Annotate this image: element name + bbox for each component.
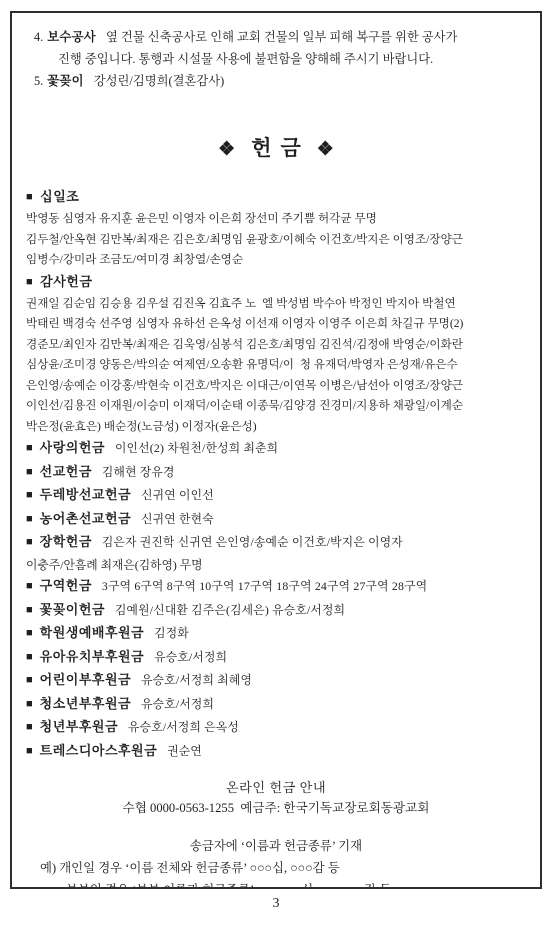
name-list-line: 은인영/송예순 이강홍/박현숙 이건호/박지은 이대근/이연목 이병은/남선아 … [26,376,526,397]
page-number: 3 [0,896,552,912]
section-kindergarten-support: ■유아유치부후원금유승호/서정희 [26,646,526,670]
section-label: 십일조 [40,189,79,204]
name-list-line: 경준모/최인자 김만복/최재은 김욱영/심봉석 김은호/최명임 김진석/김정애 … [26,335,526,356]
square-bullet-icon: ■ [26,745,33,757]
diamond-ornament-icon: ❖ [218,139,235,160]
section-names: 유승호/서정희 [154,650,227,664]
section-label: 청년부후원금 [40,719,118,734]
square-bullet-icon: ■ [26,536,33,548]
notice-item-4-continuation: 진행 중입니다. 통행과 시설물 사용에 불편함을 양해해 주시기 바랍니다. [26,48,526,70]
notice-item-5: 5.꽃꽂이강성린/김명희(결혼감사) [26,70,526,92]
section-label: 학원생예배후원금 [40,625,144,640]
section-label: 두레방선교헌금 [40,487,131,502]
square-bullet-icon: ■ [26,627,33,639]
section-rural-mission-offering: ■농어촌선교헌금신귀연 한현숙 [26,508,526,532]
notice-title: 꽃꽂이 [47,74,84,88]
remittance-example-individual: 예) 개인일 경우 ‘이름 전체와 헌금종류’ ○○○십, ○○○감 등 [26,857,526,879]
section-love-offering: ■사랑의헌금이인선(2) 차원천/한성희 최춘희 [26,437,526,461]
notice-number: 5. [34,74,43,88]
section-names: 3구역 6구역 8구역 10구역 17구역 18구역 24구역 27구역 28구… [102,579,427,593]
section-names: 권순연 [167,744,202,758]
name-list-line: 박은정(윤효은) 배순정(노금성) 이정자(윤은성) [26,417,526,438]
section-label: 유아유치부후원금 [40,649,144,664]
section-names: 유승호/서정희 최혜영 [141,673,252,687]
square-bullet-icon: ■ [26,674,33,686]
name-list-line: 김두철/안옥현 김만복/최재은 김은호/최명임 윤광호/이혜숙 이건호/박지은 … [26,230,526,251]
remittance-example-couple: 부부일 경우 ‘부부 이름과 헌금종류’ ○○○○○○십, ○○○○○○감 등 [26,879,526,889]
section-student-worship-support: ■학원생예배후원금김정화 [26,622,526,646]
square-bullet-icon: ■ [26,276,33,288]
name-list-line: 심상윤/조미경 양동은/박의순 여제연/오송환 유명덕/이 청 유재덕/박영자 … [26,355,526,376]
section-youth-support: ■청소년부후원금유승호/서정희 [26,693,526,717]
section-label: 감사헌금 [40,274,92,289]
section-names: 신귀연 이인선 [141,488,214,502]
notice-text: 옆 건물 신축공사로 인해 교회 건물의 일부 피해 복구를 위한 공사가 [106,30,457,44]
remittance-note: 송금자에 ‘이름과 헌금종류’ 기재 예) 개인일 경우 ‘이름 전체와 헌금종… [26,835,526,889]
section-names: 신귀연 한현숙 [141,512,214,526]
notice-item-4: 4.보수공사옆 건물 신축공사로 인해 교회 건물의 일부 피해 복구를 위한 … [26,26,526,48]
section-names: 김은자 권진학 신귀연 은인영/송예순 이건호/박지은 이영자 [102,535,403,549]
notice-title: 보수공사 [47,30,96,44]
section-young-adult-support: ■청년부후원금유승호/서정희 은옥성 [26,716,526,740]
name-list-line: 박태린 백경숙 선주영 심영자 유하선 은옥성 이선재 이영자 이영주 이은희 … [26,314,526,335]
diamond-ornament-icon: ❖ [317,139,334,160]
section-district-offering: ■구역헌금3구역 6구역 8구역 10구역 17구역 18구역 24구역 27구… [26,575,526,599]
section-label: 장학헌금 [40,534,92,549]
square-bullet-icon: ■ [26,442,33,454]
remittance-note-title: 송금자에 ‘이름과 헌금종류’ 기재 [26,835,526,857]
section-scholarship-continuation: 이충주/안흠례 최재은(김하영) 무명 [26,555,526,576]
name-list-line: 박영동 심영자 유지훈 윤은민 이영자 이은희 장선미 주기쁨 허각균 무명 [26,209,526,230]
name-list-line: 이인선/김용진 이재원/이승미 이재덕/이순태 이종묵/김양경 진경미/지용하 … [26,396,526,417]
square-bullet-icon: ■ [26,191,33,203]
section-children-support: ■어린이부후원금유승호/서정희 최혜영 [26,669,526,693]
page-title: 헌금 [251,137,310,160]
section-label: 트레스디아스후원금 [40,743,158,758]
notice-text: 강성린/김명희(결혼감사) [94,74,224,88]
square-bullet-icon: ■ [26,513,33,525]
bulletin-page: 4.보수공사옆 건물 신축공사로 인해 교회 건물의 일부 피해 복구를 위한 … [0,0,552,928]
section-label: 꽃꽂이헌금 [40,602,105,617]
section-label: 농어촌선교헌금 [40,511,131,526]
section-label: 어린이부후원금 [40,672,131,687]
section-tres-dias-support: ■트레스디아스후원금권순연 [26,740,526,764]
section-names: 김정화 [154,626,189,640]
section-names: 유승호/서정희 [141,697,214,711]
name-list-line: 권재일 김순임 김승용 김우설 김진옥 김효주 노 엘 박성범 박수아 박정인 … [26,294,526,315]
section-mission-offering: ■선교헌금김해현 장유경 [26,461,526,485]
section-scholarship-offering: ■장학헌금김은자 권진학 신귀연 은인영/송예순 이건호/박지은 이영자 [26,531,526,555]
offering-title: ❖헌금❖ [26,132,526,162]
bank-account-line: 수협 0000-0563-1255 예금주: 한국기독교장로회동광교회 [26,798,526,819]
square-bullet-icon: ■ [26,651,33,663]
section-label: 선교헌금 [40,464,92,479]
square-bullet-icon: ■ [26,489,33,501]
section-names: 유승호/서정희 은옥성 [128,720,239,734]
section-names: 이인선(2) 차원천/한성희 최춘희 [115,441,278,455]
square-bullet-icon: ■ [26,466,33,478]
section-names: 김예원/신대환 김주은(김세은) 유승호/서정희 [115,603,345,617]
section-names: 김해현 장유경 [102,465,175,479]
online-giving-info: 온라인 헌금 안내 수협 0000-0563-1255 예금주: 한국기독교장로… [26,777,526,819]
name-list-line: 임병수/강미라 조금도/여미경 최창열/손영순 [26,250,526,271]
section-label: 청소년부후원금 [40,696,131,711]
section-label: 구역헌금 [40,578,92,593]
section-durebang-mission-offering: ■두레방선교헌금신귀연 이인선 [26,484,526,508]
section-header-tithe: ■십일조 [26,186,526,209]
square-bullet-icon: ■ [26,721,33,733]
page-frame: 4.보수공사옆 건물 신축공사로 인해 교회 건물의 일부 피해 복구를 위한 … [10,11,542,889]
section-label: 사랑의헌금 [40,440,105,455]
notice-number: 4. [34,30,43,44]
square-bullet-icon: ■ [26,698,33,710]
section-flower-offering: ■꽃꽂이헌금김예원/신대환 김주은(김세은) 유승호/서정희 [26,599,526,623]
section-header-thanksgiving: ■감사헌금 [26,271,526,294]
online-giving-title: 온라인 헌금 안내 [26,777,526,798]
square-bullet-icon: ■ [26,604,33,616]
square-bullet-icon: ■ [26,580,33,592]
